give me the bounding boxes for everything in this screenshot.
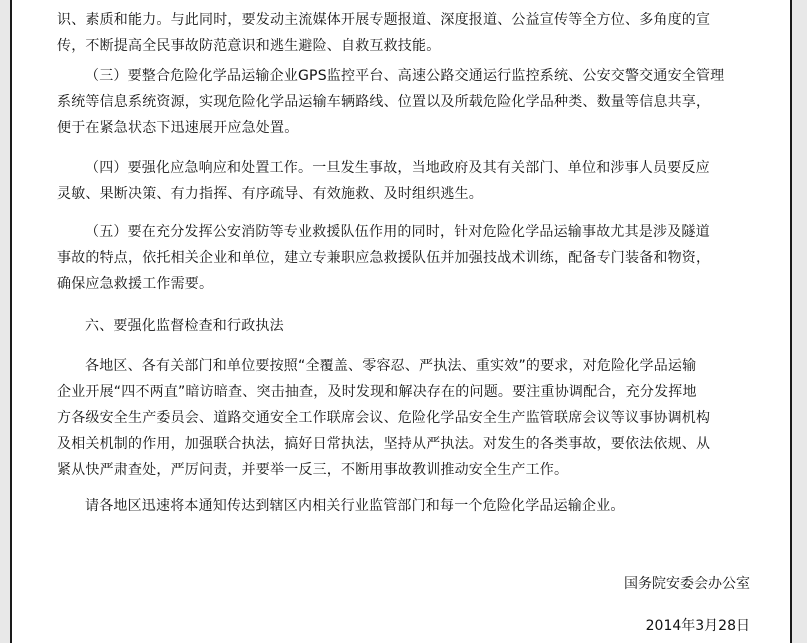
paragraph-line: 各地区、各有关部门和单位要按照“全覆盖、零容忍、严执法、重实效”的要求，对危险化…	[85, 353, 696, 379]
document-page: 识、素质和能力。与此同时，要发动主流媒体开展专题报道、深度报道、公益宣传等全方位…	[10, 0, 792, 643]
paragraph-line: 事故的特点，依托相关企业和单位，建立专兼职应急救援队伍并加强技战术训练，配备专门…	[57, 245, 710, 271]
paragraph-line: 方各级安全生产委员会、道路交通安全工作联席会议、危险化学品安全生产监管联席会议等…	[57, 405, 710, 431]
paragraph-line: 识、素质和能力。与此同时，要发动主流媒体开展专题报道、深度报道、公益宣传等全方位…	[57, 7, 710, 33]
paragraph-line: 便于在紧急状态下迅速展开应急处置。	[57, 115, 298, 141]
paragraph-line: 传，不断提高全民事故防范意识和逃生避险、自救互救技能。	[57, 33, 440, 59]
paragraph-line: （五）要在充分发挥公安消防等专业救援队伍作用的同时，针对危险化学品运输事故尤其是…	[85, 219, 710, 245]
signature-date: 2014年3月28日	[646, 613, 750, 639]
paragraph-line: 请各地区迅速将本通知传达到辖区内相关行业监管部门和每一个危险化学品运输企业。	[85, 493, 625, 519]
paragraph-line: 紧从快严肃查处，严厉问责，并要举一反三，不断用事故教训推动安全生产工作。	[57, 457, 568, 483]
section-heading: 六、要强化监督检查和行政执法	[85, 313, 284, 339]
paragraph-line: （三）要整合危险化学品运输企业GPS监控平台、高速公路交通运行监控系统、公安交警…	[85, 63, 724, 89]
paragraph-line: 及相关机制的作用，加强联合执法，搞好日常执法，坚持从严执法。对发生的各类事故，要…	[57, 431, 710, 457]
paragraph-line: 灵敏、果断决策、有力指挥、有序疏导、有效施救、及时组织逃生。	[57, 181, 483, 207]
paragraph-line: 企业开展“四不两直”暗访暗查、突击抽查，及时发现和解决存在的问题。要注重协调配合…	[57, 379, 697, 405]
paragraph-line: （四）要强化应急响应和处置工作。一旦发生事故，当地政府及其有关部门、单位和涉事人…	[85, 155, 710, 181]
signature-issuer: 国务院安委会办公室	[624, 571, 750, 597]
paragraph-line: 确保应急救援工作需要。	[57, 271, 213, 297]
paragraph-line: 系统等信息系统资源，实现危险化学品运输车辆路线、位置以及所载危险化学品种类、数量…	[57, 89, 710, 115]
